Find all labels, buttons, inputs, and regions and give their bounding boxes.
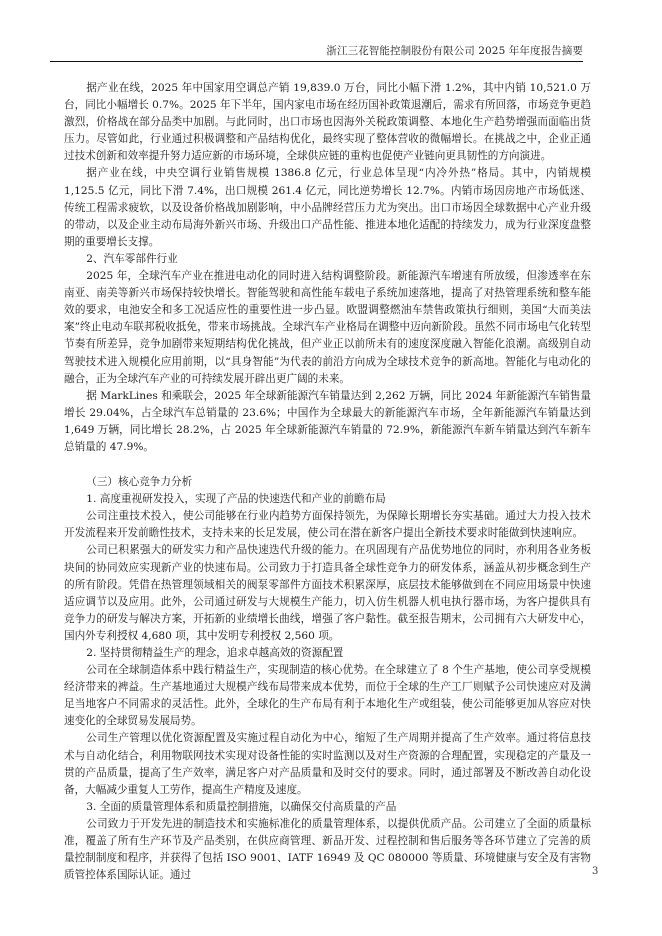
paragraph-nev-sales: 据 MarkLines 和乘联会，2025 年全球新能源汽车销量达到 2,262… (64, 388, 591, 456)
paragraph-rd-1: 公司注重技术投入，使公司能够在行业内趋势方面保持领先，为保障长期增长夯实基础。通… (64, 508, 591, 542)
report-title: 浙江三花智能控制股份有限公司 2025 年年度报告摘要 (326, 43, 583, 58)
paragraph-auto-industry: 2025 年，全球汽车产业在推进电动化的同时进入结构调整阶段。新能源汽车增速有所… (64, 268, 591, 388)
paragraph-lean-2: 公司生产管理以优化资源配置及实施过程自动化为中心，缩短了生产周期并提高了生产效率… (64, 730, 591, 798)
paragraph-central-ac: 据产业在线，中央空调行业销售规模 1386.8 亿元，行业总体呈现“内冷外热”格… (64, 165, 591, 250)
spacer (64, 456, 591, 474)
paragraph-quality: 公司致力于开发先进的制造技术和实施标准化的质量管理体系，以提供优质产品。公司建立… (64, 816, 591, 884)
heading-auto-parts: 2、汽车零部件行业 (64, 251, 591, 268)
page-number: 3 (592, 866, 598, 877)
page-header: 浙江三花智能控制股份有限公司 2025 年年度报告摘要 (50, 44, 583, 62)
heading-core-competitiveness: （三）核心竞争力分析 (64, 474, 591, 491)
heading-quality-management: 3. 全面的质量管理体系和质量控制措施，以确保交付高质量的产品 (64, 799, 591, 816)
heading-lean-production: 2. 坚持贯彻精益生产的理念，追求卓越高效的资源配置 (64, 645, 591, 662)
document-body: 据产业在线，2025 年中国家用空调总产销 19,839.0 万台，同比小幅下滑… (64, 80, 591, 884)
paragraph-lean-1: 公司在全球制造体系中践行精益生产，实现制造的核心优势。在全球建立了 8 个生产基… (64, 662, 591, 730)
paragraph-rd-2: 公司已积累强大的研发实力和产品快速迭代升级的能力。在巩固现有产品优势地位的同时，… (64, 542, 591, 645)
paragraph-household-ac: 据产业在线，2025 年中国家用空调总产销 19,839.0 万台，同比小幅下滑… (64, 80, 591, 165)
heading-rd-investment: 1. 高度重视研发投入，实现了产品的快速迭代和产业的前瞻布局 (64, 491, 591, 508)
